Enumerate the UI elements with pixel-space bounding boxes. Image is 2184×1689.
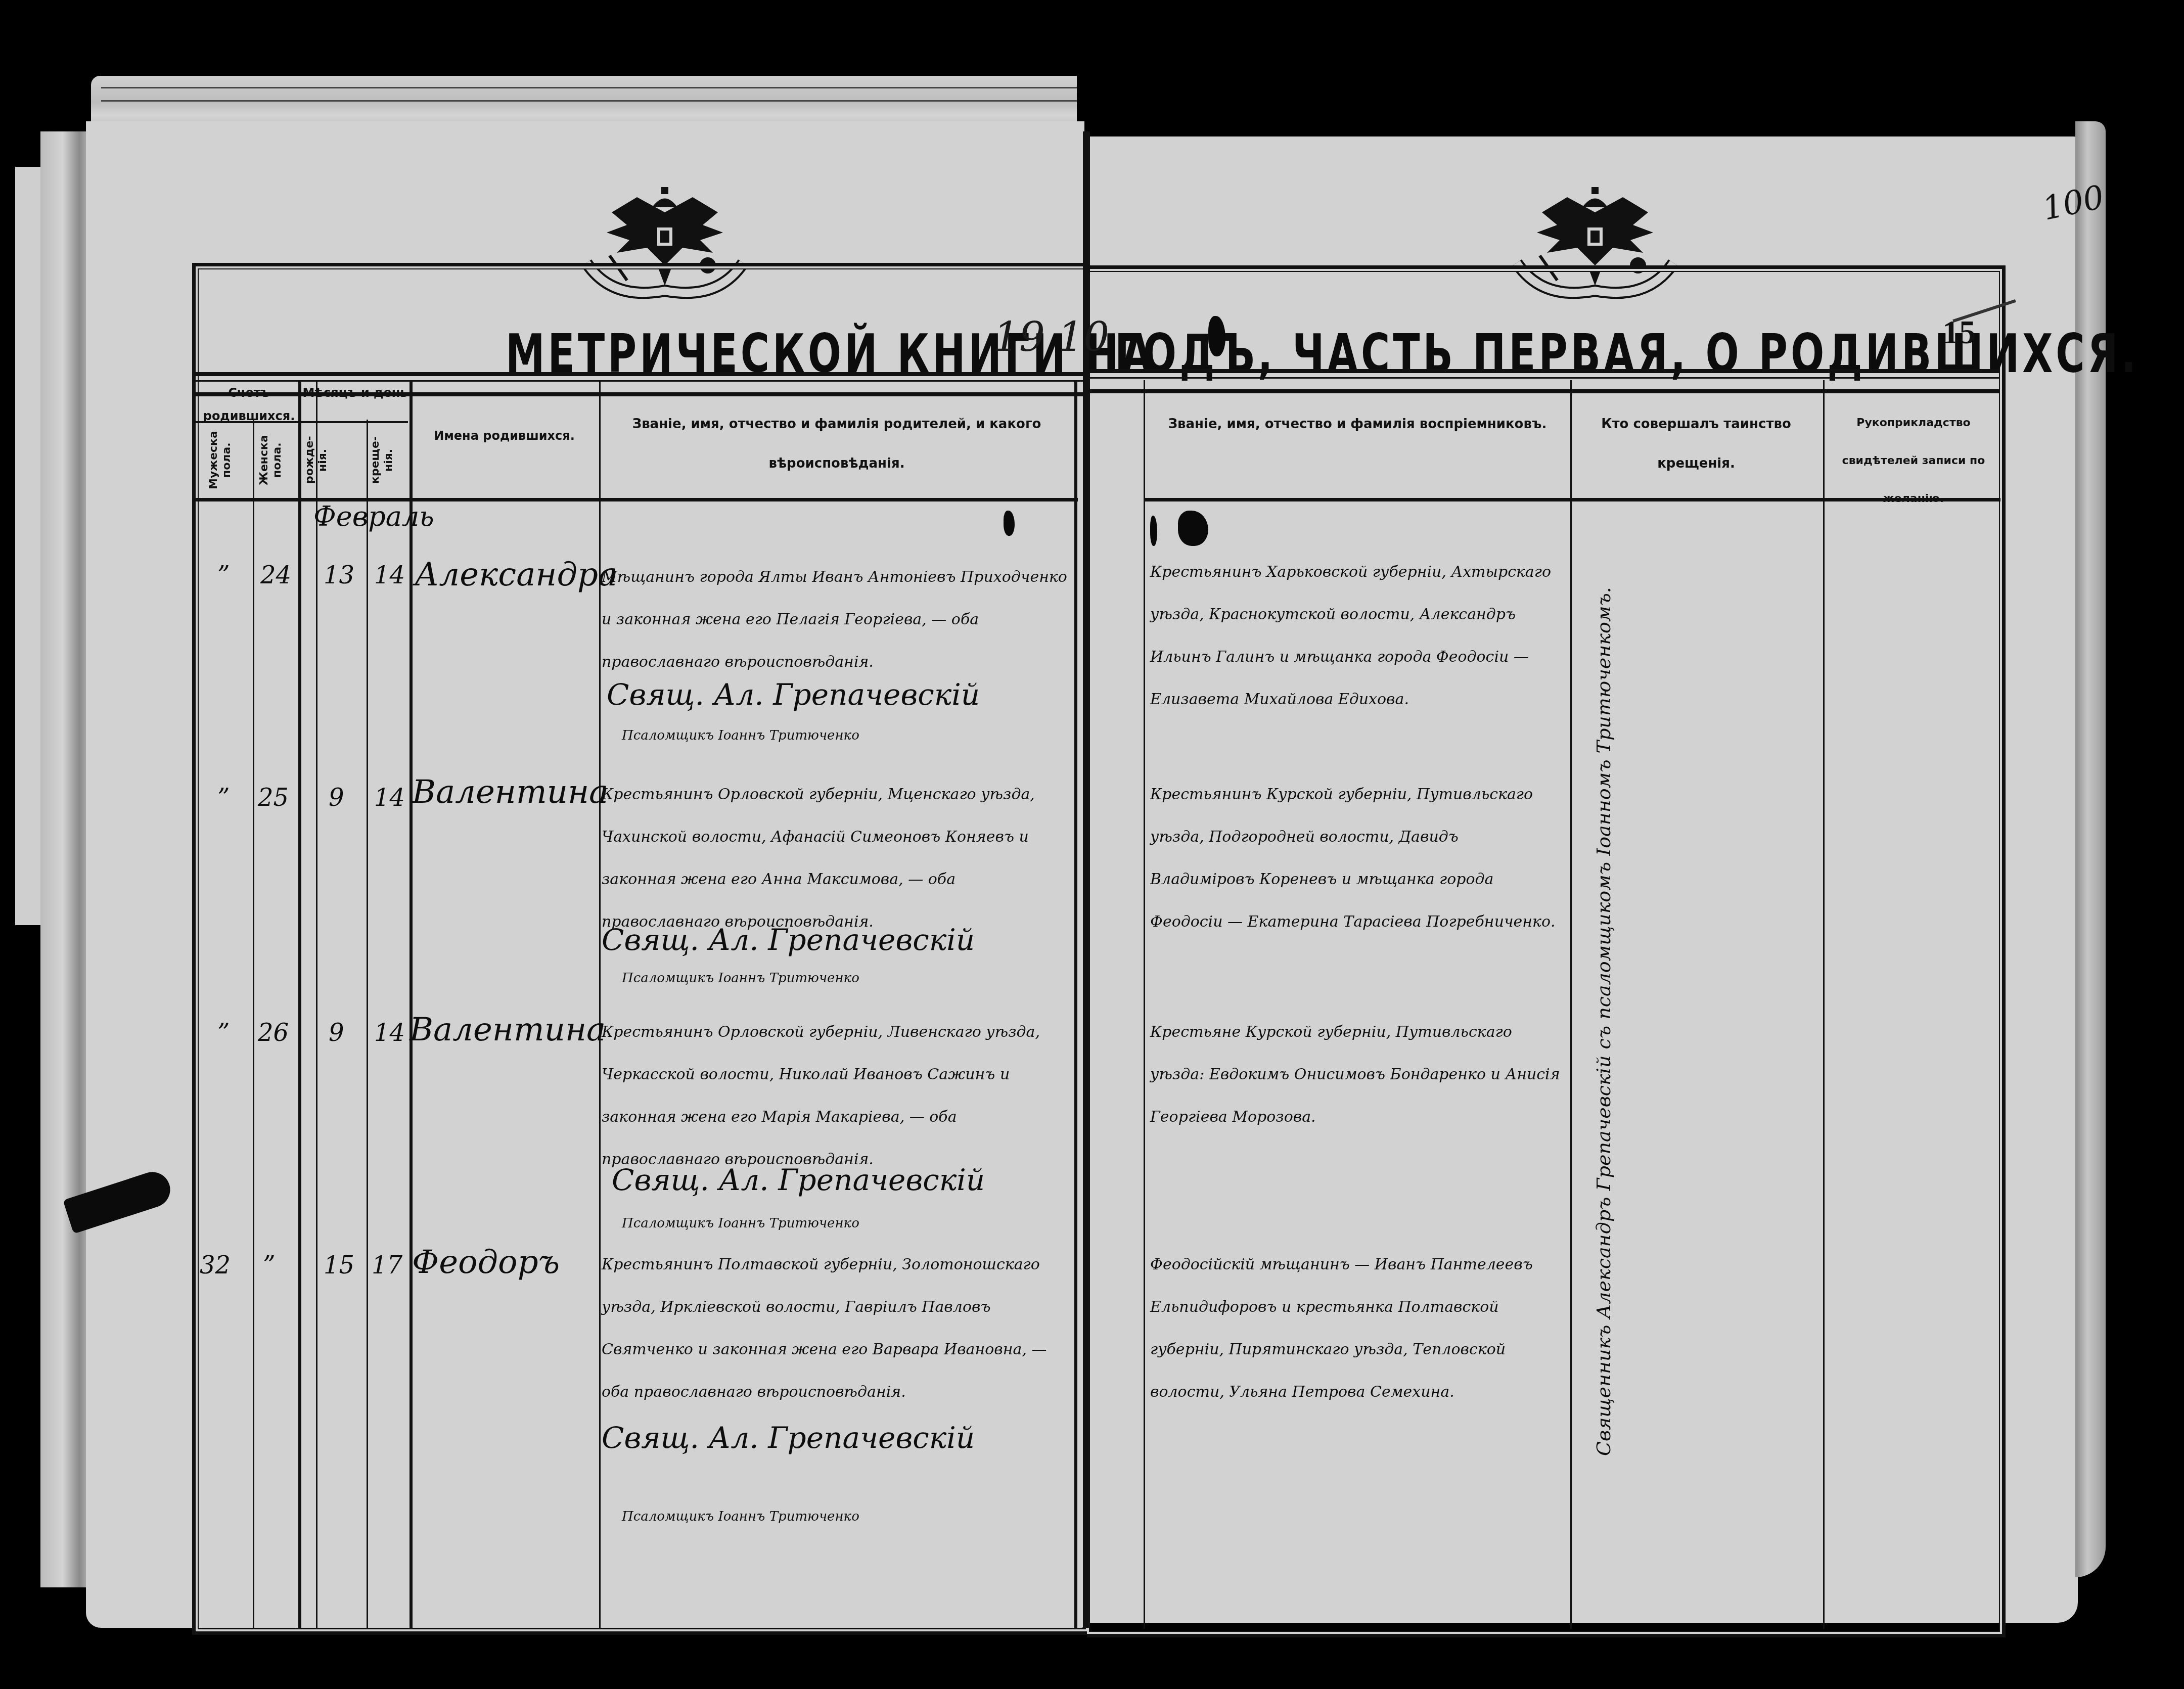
col-rule (253, 420, 254, 1628)
ink-blot (1004, 511, 1015, 536)
record-4-clerk-signature: Псаломщикъ Іоаннъ Тритюченко (622, 1509, 859, 1524)
record-1-clerk-signature: Псаломщикъ Іоаннъ Тритюченко (622, 728, 859, 743)
record-1-godparents: Крестьянинъ Харьковской губерніи, Ахтырс… (1150, 551, 1565, 721)
record-4-male: 32 (200, 1251, 231, 1280)
record-1-female: 24 (260, 561, 291, 589)
header-witness-signatures: Рукоприкладство свидѣтелей записи по жел… (1828, 404, 1999, 518)
record-4-priest-signature: Свящ. Ал. Грепачевскій (602, 1421, 975, 1455)
col-rule (367, 420, 368, 1628)
record-4-birth-day: 15 (324, 1251, 354, 1280)
record-3-parents: Крестьянинъ Орловской губерніи, Ливенска… (602, 1011, 1072, 1181)
header-parents: Званіе, имя, отчество и фамилія родителе… (607, 404, 1067, 483)
header-officiant: Кто совершалъ таинство крещенія. (1575, 404, 1817, 483)
record-4-female: ” (263, 1251, 276, 1280)
header-female: Женска пола. (258, 427, 298, 493)
year-handwritten: 19 10 (993, 313, 1109, 360)
record-4-godparents: Феодосійскій мѣщанинъ — Иванъ Пантелеевъ… (1150, 1244, 1565, 1413)
col-rule (1570, 380, 1572, 1629)
record-2-female: 25 (258, 784, 289, 812)
col-rule (409, 380, 413, 1629)
header-birth-count: Счетъ родившихся. (200, 382, 298, 428)
record-3-priest-signature: Свящ. Ал. Грепачевскій (612, 1163, 985, 1197)
record-4-name: Феодоръ (412, 1244, 560, 1281)
record-3-godparents: Крестьяне Курской губерніи, Путивльскаго… (1150, 1011, 1565, 1138)
record-2-godparents: Крестьянинъ Курской губерніи, Путивльска… (1150, 773, 1565, 943)
record-2-clerk-signature: Псаломщикъ Іоаннъ Тритюченко (622, 971, 859, 986)
col-rule (316, 380, 317, 1629)
record-3-name: Валентина (409, 1011, 606, 1048)
header-month-day: Мѣсяцъ и день (301, 382, 409, 405)
header-male: Мужеска пола. (207, 427, 248, 493)
month-note: Февраль (313, 500, 434, 532)
title-rule-right (1087, 369, 1999, 393)
record-1-name: Александра (415, 556, 617, 594)
header-godparents: Званіе, имя, отчество и фамилія воспріем… (1153, 404, 1562, 444)
record-3-female: 26 (258, 1019, 289, 1047)
officiant-note: Священникъ Александръ Грепачевскій съ пс… (1592, 561, 1615, 1456)
record-1-birth-day: 13 (324, 561, 354, 589)
col-rule (1074, 380, 1077, 1629)
record-4-baptism-day: 17 (372, 1251, 402, 1280)
header-names: Имена родившихся. (412, 425, 597, 448)
record-2-priest-signature: Свящ. Ал. Грепачевскій (602, 923, 975, 957)
col-rule (298, 380, 301, 1629)
record-2-male: ” (217, 784, 230, 812)
col-rule (1823, 380, 1825, 1629)
record-2-baptism-day: 14 (374, 784, 405, 812)
record-1-priest-signature: Свящ. Ал. Грепачевскій (607, 677, 980, 712)
header-baptism-day: креще-нія. (369, 427, 407, 493)
record-3-clerk-signature: Псаломщикъ Іоаннъ Тритюченко (622, 1216, 859, 1231)
record-3-birth-day: 9 (329, 1019, 344, 1047)
record-2-birth-day: 9 (329, 784, 344, 812)
record-1-parents: Мѣщанинъ города Ялты Иванъ Антоніевъ При… (602, 556, 1072, 683)
record-2-name: Валентина (412, 773, 608, 811)
record-2-parents: Крестьянинъ Орловской губерніи, Мценскаг… (602, 773, 1072, 943)
record-4-parents: Крестьянинъ Полтавской губерніи, Золотон… (602, 1244, 1072, 1413)
record-1-male: ” (217, 561, 230, 589)
record-3-male: ” (217, 1019, 230, 1047)
record-1-baptism-day: 14 (374, 561, 405, 589)
header-birth-day: рожде-нія. (303, 427, 344, 493)
record-3-baptism-day: 14 (374, 1019, 405, 1047)
col-rule (1144, 380, 1145, 1629)
